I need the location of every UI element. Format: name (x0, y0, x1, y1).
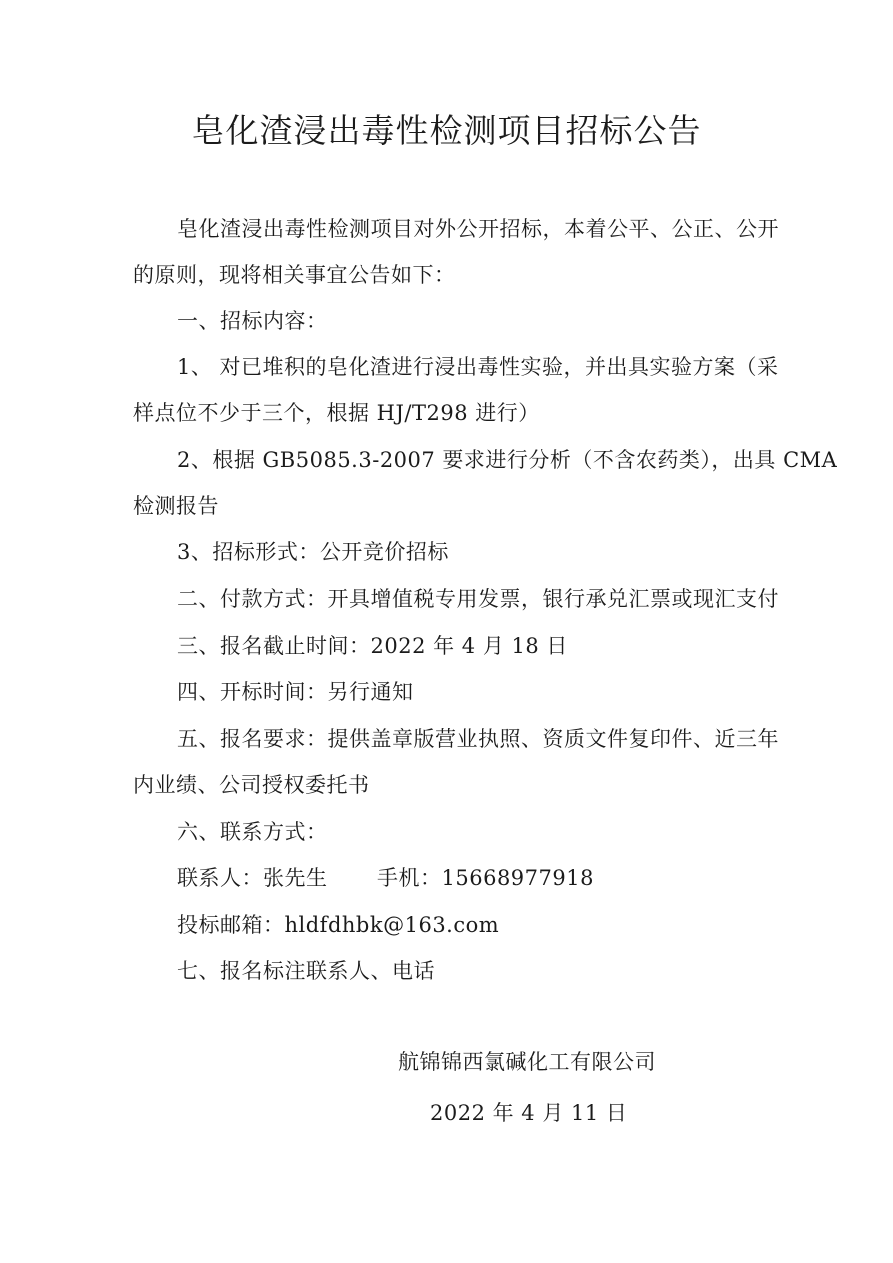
section-7-note: 七、报名标注联系人、电话 (177, 958, 435, 985)
item-2-line-1: 2、根据 GB5085.3-2007 要求进行分析（不含农药类），出具 CMA (177, 447, 837, 474)
item-2-line-2: 检测报告 (133, 493, 219, 520)
item-1-line-2: 样点位不少于三个，根据 HJ/T298 进行） (133, 400, 540, 427)
section-5-requirements-line-2: 内业绩、公司授权委托书 (133, 772, 370, 799)
signature-date: 2022 年 4 月 11 日 (430, 1100, 627, 1127)
contact-person: 联系人：张先生 (177, 865, 328, 892)
intro-line-1: 皂化渣浸出毒性检测项目对外公开招标，本着公平、公正、公开 (177, 216, 779, 243)
section-1-heading: 一、招标内容： (177, 308, 328, 335)
section-2-payment: 二、付款方式：开具增值税专用发票，银行承兑汇票或现汇支付 (177, 586, 779, 613)
document-page: 皂化渣浸出毒性检测项目招标公告 皂化渣浸出毒性检测项目对外公开招标，本着公平、公… (0, 0, 893, 1263)
contact-phone: 手机：15668977918 (377, 865, 594, 892)
intro-line-2: 的原则，现将相关事宜公告如下： (133, 262, 456, 289)
item-1-line-1: 1、 对已堆积的皂化渣进行浸出毒性实验，并出具实验方案（采 (177, 354, 779, 381)
signature-company: 航锦锦西氯碱化工有限公司 (398, 1049, 656, 1076)
bid-email: 投标邮箱：hldfdhbk@163.com (177, 912, 499, 939)
section-4-opening-time: 四、开标时间：另行通知 (177, 679, 414, 706)
section-3-deadline: 三、报名截止时间：2022 年 4 月 18 日 (177, 633, 568, 660)
doc-title: 皂化渣浸出毒性检测项目招标公告 (0, 109, 893, 153)
section-5-requirements-line-1: 五、报名要求：提供盖章版营业执照、资质文件复印件、近三年 (177, 726, 779, 753)
item-3: 3、招标形式：公开竞价招标 (177, 539, 449, 566)
section-6-contact-heading: 六、联系方式： (177, 819, 328, 846)
